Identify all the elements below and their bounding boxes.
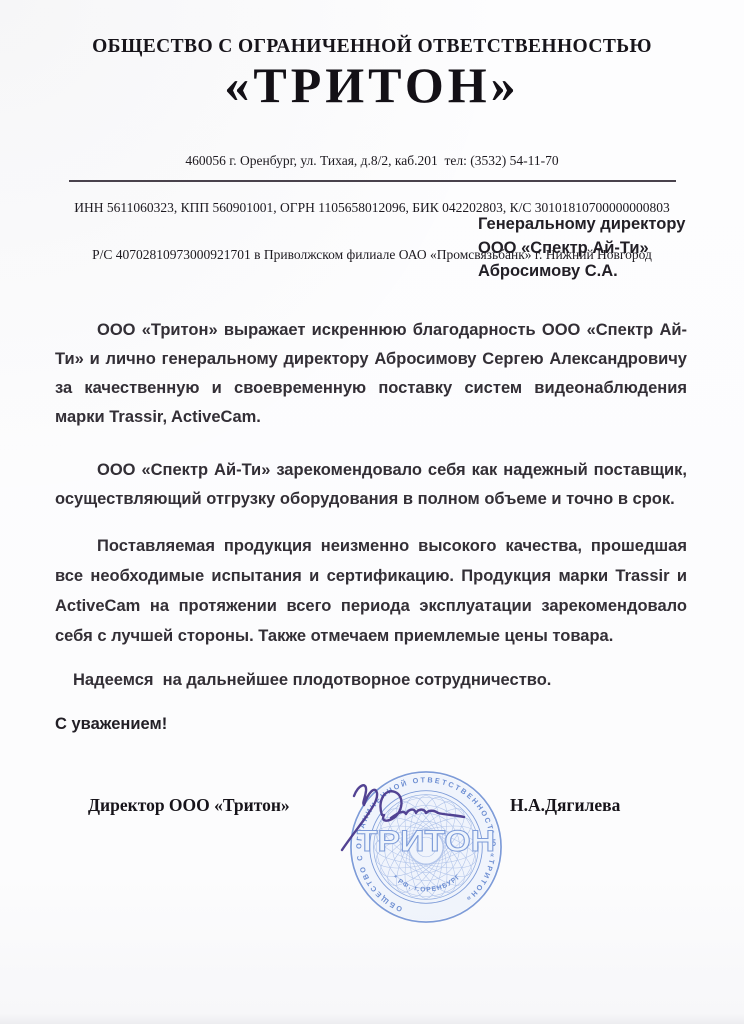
letterhead-divider-rule	[69, 180, 676, 182]
handwritten-signature	[334, 770, 486, 866]
addressee-person: Абросимову С.А.	[478, 260, 685, 284]
addressee-company: ООО «Спектр Ай-Ти»	[478, 237, 685, 261]
addressee-title: Генеральному директору	[478, 213, 685, 237]
paragraph-cooperation: Надеемся на дальнейшее плодотворное сотр…	[55, 668, 687, 692]
addressee-block: Генеральному директору ООО «Спектр Ай-Ти…	[478, 213, 685, 284]
closing-salutation: С уважением!	[55, 710, 687, 739]
letterhead-address-line: 460056 г. Оренбург, ул. Тихая, д.8/2, ка…	[0, 153, 744, 169]
letterhead-org-type: ОБЩЕСТВО С ОГРАНИЧЕННОЙ ОТВЕТСТВЕННОСТЬЮ	[0, 36, 744, 58]
paragraph-reliability: ООО «Спектр Ай-Ти» зарекомендовало себя …	[55, 456, 687, 514]
letterhead-org-name: «ТРИТОН»	[0, 56, 744, 114]
scanned-letter-page: ОБЩЕСТВО С ОГРАНИЧЕННОЙ ОТВЕТСТВЕННОСТЬЮ…	[0, 0, 744, 1024]
paragraph-gratitude: ООО «Тритон» выражает искреннюю благодар…	[55, 316, 687, 432]
paragraph-quality: Поставляемая продукция неизменно высоког…	[55, 531, 687, 651]
signoff-role: Директор ООО «Тритон»	[88, 795, 290, 816]
signoff-name: Н.А.Дягилева	[510, 795, 620, 816]
